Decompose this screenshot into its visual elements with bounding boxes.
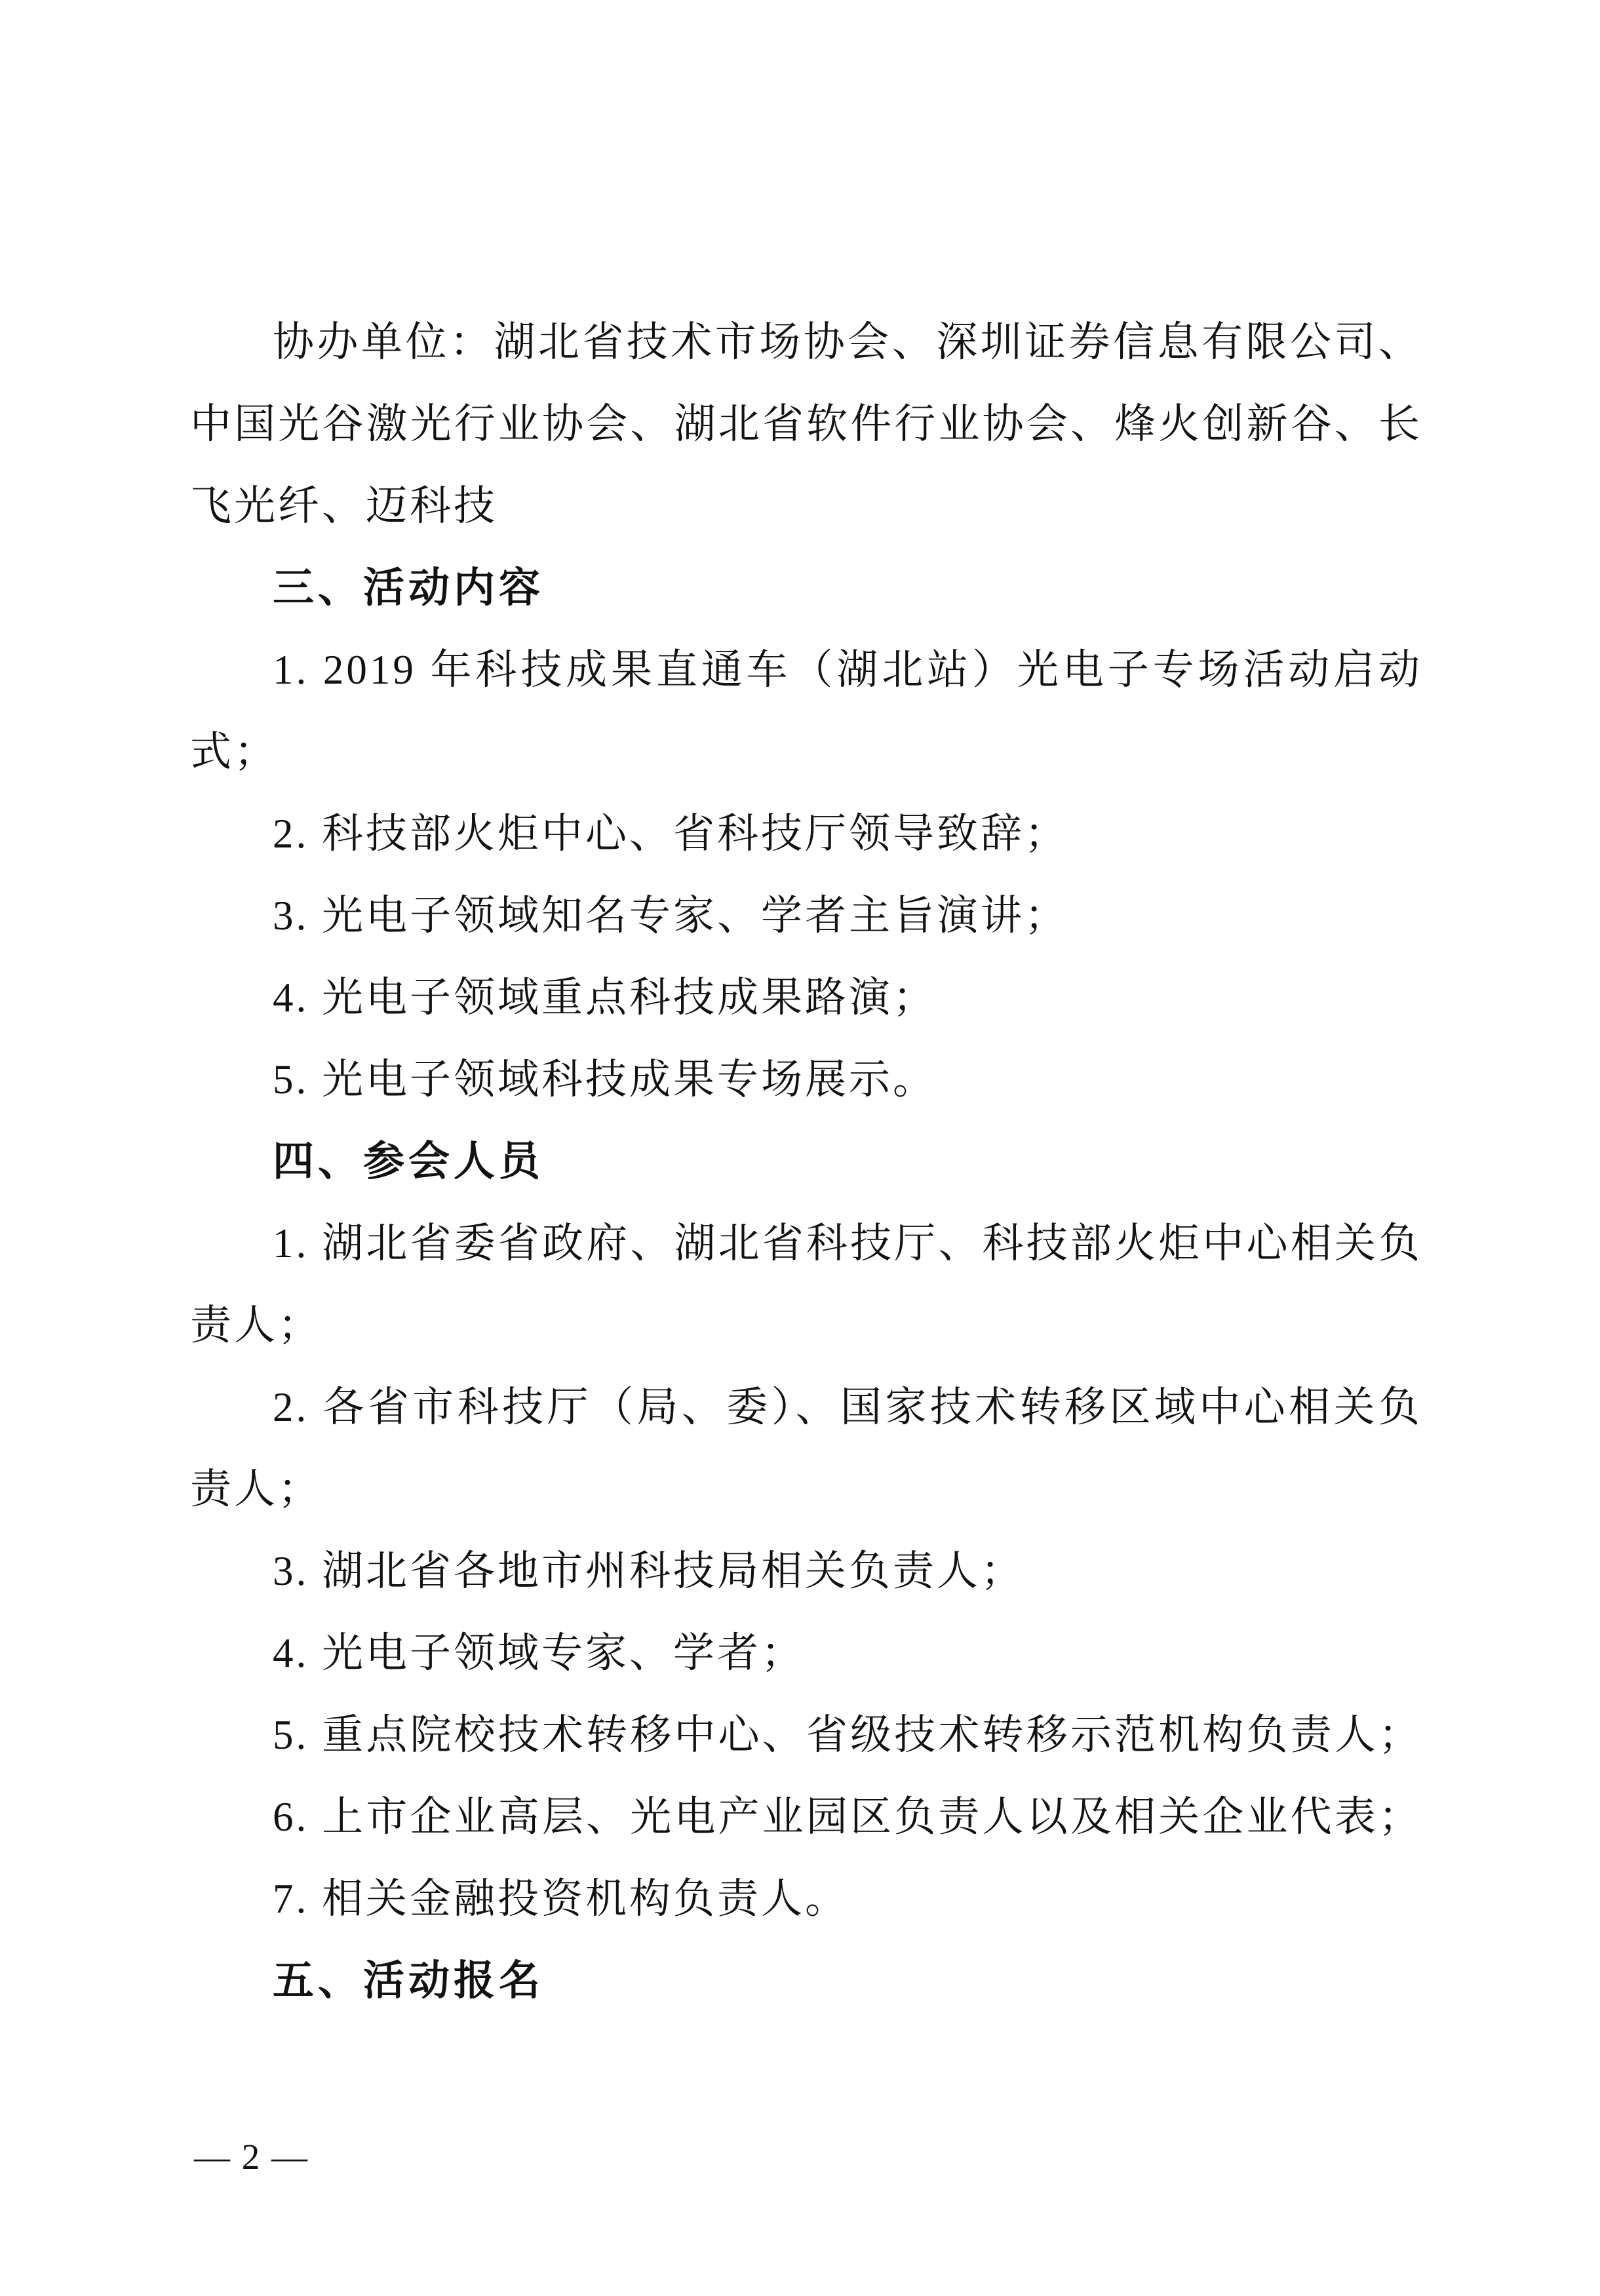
text-line: 3. 光电子领域知名专家、学者主旨演讲；: [190, 875, 1422, 957]
section-heading-participants: 四、参会人员: [190, 1121, 1422, 1203]
scanned-document-page: 协办单位：湖北省技术市场协会、深圳证券信息有限公司、 中国光谷激光行业协会、湖北…: [0, 0, 1600, 2296]
text-line: 式；: [190, 711, 1422, 793]
text-line: 3. 湖北省各地市州科技局相关负责人；: [190, 1530, 1422, 1612]
text-line: 6. 上市企业高层、光电产业园区负责人以及相关企业代表；: [190, 1776, 1422, 1858]
section-heading-activity-content: 三、活动内容: [190, 547, 1422, 629]
text-line: 1. 湖北省委省政府、湖北省科技厅、科技部火炬中心相关负: [190, 1203, 1422, 1285]
text-line: 5. 重点院校技术转移中心、省级技术转移示范机构负责人；: [190, 1694, 1422, 1776]
text-line: 4. 光电子领域重点科技成果路演；: [190, 957, 1422, 1039]
text-line: 5. 光电子领域科技成果专场展示。: [190, 1039, 1422, 1121]
section-heading-registration: 五、活动报名: [190, 1940, 1422, 2022]
document-body: 协办单位：湖北省技术市场协会、深圳证券信息有限公司、 中国光谷激光行业协会、湖北…: [190, 302, 1422, 2022]
text-line: 4. 光电子领域专家、学者；: [190, 1612, 1422, 1694]
text-line: 2. 科技部火炬中心、省科技厅领导致辞；: [190, 793, 1422, 875]
text-line: 责人；: [190, 1449, 1422, 1530]
text-line: 7. 相关金融投资机构负责人。: [190, 1858, 1422, 1940]
text-line: 协办单位：湖北省技术市场协会、深圳证券信息有限公司、: [190, 302, 1422, 383]
text-line: 2. 各省市科技厅（局、委）、国家技术转移区域中心相关负: [190, 1367, 1422, 1449]
page-number: — 2 —: [194, 2134, 309, 2180]
text-line: 责人；: [190, 1285, 1422, 1367]
text-line: 1. 2019 年科技成果直通车（湖北站）光电子专场活动启动仪: [190, 629, 1422, 711]
text-line: 中国光谷激光行业协会、湖北省软件行业协会、烽火创新谷、长: [190, 383, 1422, 465]
text-line: 飞光纤、迈科技: [190, 465, 1422, 547]
